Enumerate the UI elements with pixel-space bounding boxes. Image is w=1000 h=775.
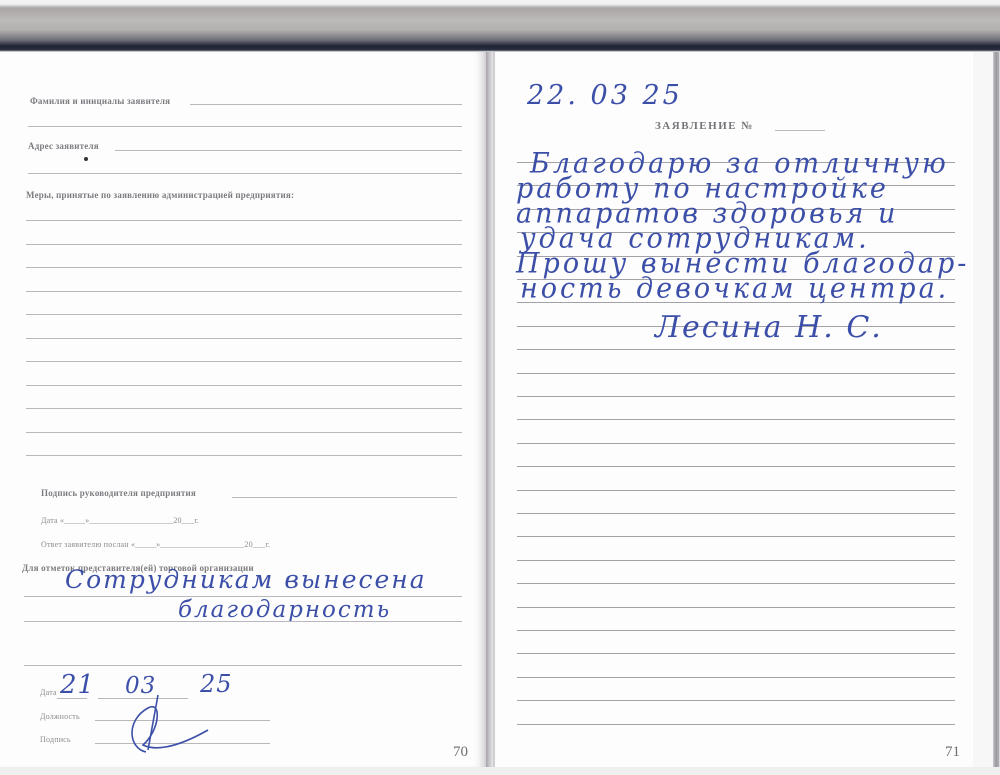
statement-rule (517, 560, 955, 561)
statement-title: ЗАЯВЛЕНИЕ № (655, 120, 754, 132)
measures-rule (26, 291, 462, 292)
book-top-edge (0, 0, 1000, 52)
statement-rule (517, 700, 955, 701)
measures-rule (26, 314, 462, 315)
date-label: Дата (40, 688, 57, 697)
measures-rule (26, 385, 462, 386)
handwritten-trade-org-note-2: благодарность (178, 597, 391, 623)
signature-label: Подпись (40, 735, 71, 744)
date-line: Дата «_____»____________________20___г. (41, 516, 199, 525)
statement-rule (517, 349, 955, 350)
date-day-line (57, 698, 87, 699)
position-label: Должность (40, 712, 80, 721)
statement-rule (517, 513, 955, 514)
measures-rule (26, 338, 462, 339)
applicant-address-label: Адрес заявителя (28, 141, 99, 151)
statement-rule (517, 536, 955, 537)
handwritten-author-signature: Лесина Н. С. (655, 310, 883, 345)
statement-rule (517, 443, 955, 444)
statement-rule (517, 724, 955, 725)
statement-rule (517, 653, 955, 654)
handwritten-statement-date: 22. 03 25 (527, 80, 683, 111)
applicant-name-line-2 (28, 126, 462, 127)
statement-rule (517, 373, 955, 374)
manager-signature-scribble (118, 690, 218, 760)
left-page (0, 52, 490, 767)
page-number-right: 71 (945, 744, 960, 761)
page-number-left: 70 (453, 744, 468, 761)
measures-rule (26, 361, 462, 362)
applicant-address-line (115, 150, 462, 151)
statement-rule (517, 466, 955, 467)
book-bottom-edge (0, 767, 1000, 775)
statement-rule (517, 607, 955, 608)
handwritten-statement-line: ность девочкам центра. (520, 272, 949, 305)
measures-rule (26, 267, 462, 268)
book-right-edge (973, 52, 1000, 775)
statement-rule (517, 677, 955, 678)
measures-rule (26, 455, 462, 456)
applicant-address-line-2 (28, 173, 462, 174)
applicant-name-label: Фамилия и инициалы заявителя (30, 96, 170, 106)
trade-org-line-3 (24, 665, 462, 666)
statement-rule (517, 583, 955, 584)
ink-dot (84, 157, 88, 161)
handwritten-day: 21 (60, 670, 95, 700)
measures-rule (26, 432, 462, 433)
statement-number-line (775, 130, 825, 131)
measures-rule (26, 244, 462, 245)
handwritten-trade-org-note-1: Сотрудникам вынесена (65, 565, 427, 594)
measures-rule (26, 220, 462, 221)
applicant-name-line (190, 104, 462, 105)
statement-rule (517, 630, 955, 631)
statement-rule (517, 419, 955, 420)
trade-org-line-2 (24, 621, 462, 622)
measures-label: Меры, принятые по заявлению администраци… (26, 190, 294, 200)
reply-sent-line: Ответ заявителю послан «_____»__________… (41, 540, 270, 549)
statement-rule (517, 490, 955, 491)
manager-signature-line (232, 497, 457, 498)
measures-rule (26, 408, 462, 409)
manager-signature-label: Подпись руководителя предприятия (41, 488, 196, 498)
statement-rule (517, 396, 955, 397)
